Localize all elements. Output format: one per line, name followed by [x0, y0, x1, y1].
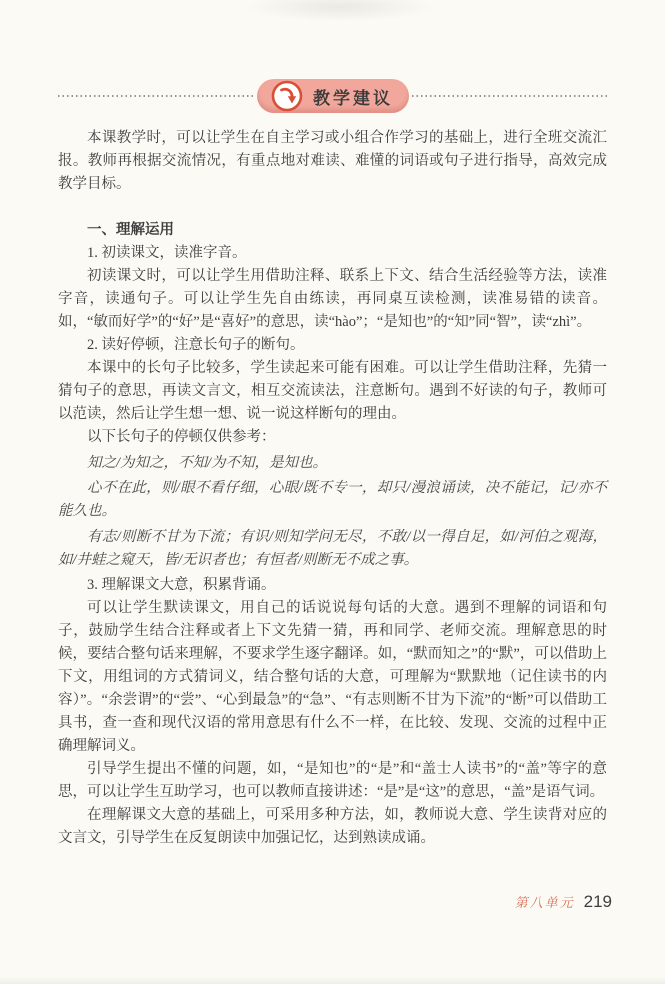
pause-example-quote: 知之/为知之，不知/为不知，是知也。	[58, 452, 607, 475]
section-heading: 一、理解运用	[58, 219, 607, 242]
page-bottom-edge	[0, 977, 665, 984]
badge-label: 教学建议	[313, 84, 393, 109]
unit-label: 第八单元	[515, 892, 575, 911]
subpoint-1: 1. 初读课文，读准字音。	[58, 242, 607, 265]
page-footer: 第八单元 219	[515, 892, 612, 912]
page-number: 219	[584, 892, 612, 912]
pause-example-quote: 心不在此，则/眼不看仔细，心眼/既不专一，却只/漫浪诵读，决不能记，记/亦不能久…	[58, 477, 607, 523]
dotted-divider-left	[58, 95, 254, 97]
section-header: 教学建议	[58, 79, 608, 113]
subpoint-2: 2. 读好停顿，注意长句子的断句。	[58, 334, 607, 357]
paragraph: 在理解课文大意的基础上，可采用多种方法，如，教师说大意、学生读背对应的文言文，引…	[58, 804, 607, 850]
paragraph: 引导学生提出不懂的问题，如，“是知也”的“是”和“盖士人读书”的“盖”等字的意思…	[58, 758, 607, 804]
teaching-suggestions-badge: 教学建议	[257, 79, 409, 113]
curved-down-arrow-circle-icon	[271, 80, 303, 112]
subpoint-3: 3. 理解课文大意，积累背诵。	[58, 574, 607, 597]
paragraph: 以下长句子的停顿仅供参考：	[58, 426, 607, 449]
scan-shading-artifact	[245, 0, 435, 22]
paragraph: 可以让学生默读课文，用自己的话说说每句话的大意。遇到不理解的词语和句子，鼓励学生…	[58, 597, 607, 758]
intro-paragraph: 本课教学时，可以让学生在自主学习或小组合作学习的基础上，进行全班交流汇报。教师再…	[58, 127, 607, 196]
pause-example-quote: 有志/则断不甘为下流；有识/则知学问无尽，不敢/以一得自足，如/河伯之观海，如/…	[58, 526, 607, 572]
paragraph: 初读课文时，可以让学生用借助注释、联系上下文、结合生活经验等方法，读准字音，读通…	[58, 265, 607, 334]
paragraph: 本课中的长句子比较多，学生读起来可能有困难。可以让学生借助注释，先猜一猜句子的意…	[58, 357, 607, 426]
page-body-text: 本课教学时，可以让学生在自主学习或小组合作学习的基础上，进行全班交流汇报。教师再…	[58, 127, 607, 850]
dotted-divider-right	[412, 95, 608, 97]
